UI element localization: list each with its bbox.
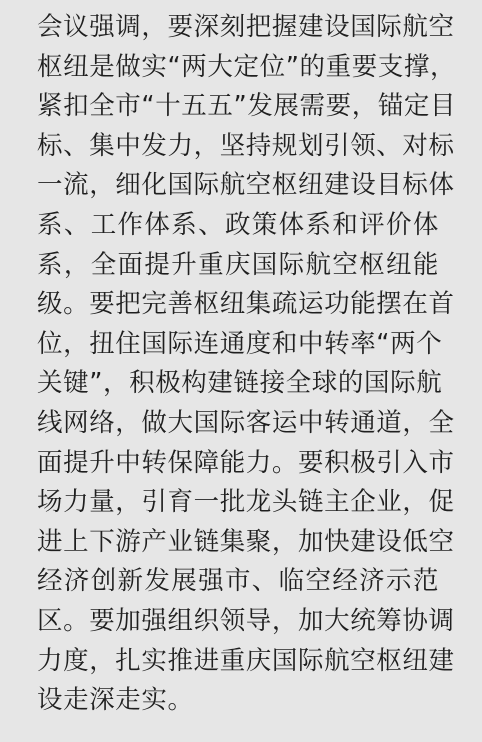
text-line: 会议强调，要深刻把握建设国际航空 xyxy=(37,8,439,48)
text-line: 系，全面提升重庆国际航空枢纽能 xyxy=(37,246,439,286)
text-line: 区。要加强组织领导，加大统筹协调 xyxy=(37,602,439,642)
text-line: 标、集中发力，坚持规划引领、对标 xyxy=(37,127,439,167)
text-line: 力度，扎实推进重庆国际航空枢纽建 xyxy=(37,642,439,682)
text-line: 一流，细化国际航空枢纽建设目标体 xyxy=(37,166,439,206)
text-line: 关键”，积极构建链接全球的国际航 xyxy=(37,364,439,404)
text-line: 面提升中转保障能力。要积极引入市 xyxy=(37,444,439,484)
article-body: 会议强调，要深刻把握建设国际航空 枢纽是做实“两大定位”的重要支撑， 紧扣全市“… xyxy=(37,8,439,721)
text-line: 紧扣全市“十五五”发展需要，锚定目 xyxy=(37,87,439,127)
text-line: 级。要把完善枢纽集疏运功能摆在首 xyxy=(37,285,439,325)
text-line: 位，扭住国际连通度和中转率“两个 xyxy=(37,325,439,365)
text-line: 经济创新发展强市、临空经济示范 xyxy=(37,562,439,602)
text-line: 线网络，做大国际客运中转通道，全 xyxy=(37,404,439,444)
text-line: 枢纽是做实“两大定位”的重要支撑， xyxy=(37,48,439,88)
text-line: 系、工作体系、政策体系和评价体 xyxy=(37,206,439,246)
text-line: 进上下游产业链集聚，加快建设低空 xyxy=(37,523,439,563)
text-line: 场力量，引育一批龙头链主企业，促 xyxy=(37,483,439,523)
text-line: 设走深走实。 xyxy=(37,681,439,721)
